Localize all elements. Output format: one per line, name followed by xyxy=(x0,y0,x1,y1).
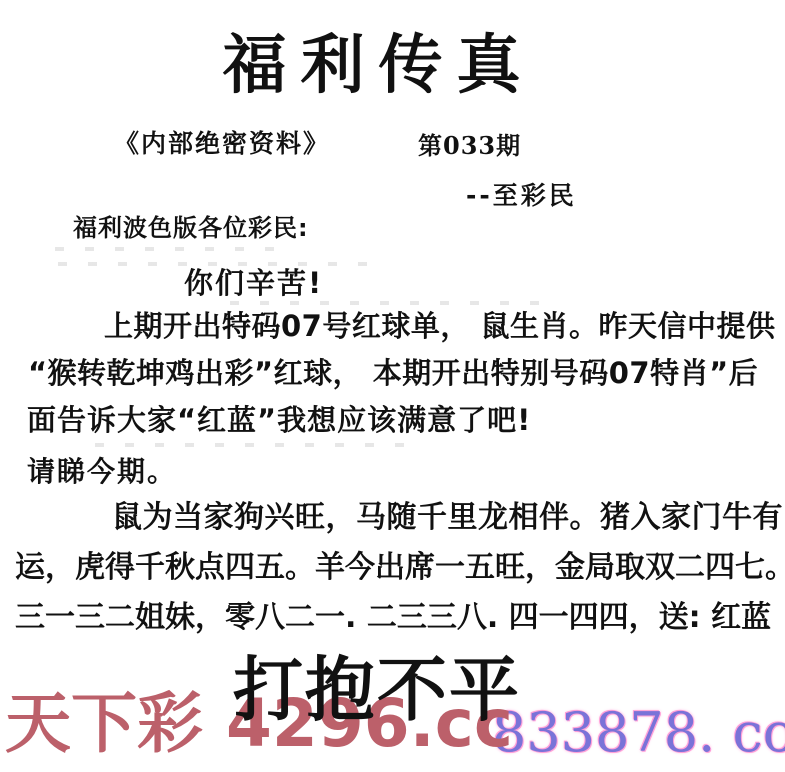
issue-number: 第033期 xyxy=(418,132,521,160)
opening-line: 你们辛苦! xyxy=(184,267,323,300)
page-title: 福利传真 xyxy=(223,30,535,104)
body-line: 三一三二姐妹，零八二一. 二三三八. 四一四四，送: 红蓝 xyxy=(15,601,771,636)
salutation-line: 福利波色版各位彩民: xyxy=(73,215,309,243)
fax-page: 福利传真 《内部绝密资料》 第033期 --至彩民 福利波色版各位彩民: 你们辛… xyxy=(0,0,785,772)
scan-artifact xyxy=(55,247,290,251)
body-line: 鼠为当家狗兴旺，马随千里龙相伴。猪入家门牛有 xyxy=(112,501,783,536)
scan-artifact xyxy=(95,443,425,447)
source-label: 《内部绝密资料》 xyxy=(114,130,330,159)
body-line: 请睇今期。 xyxy=(27,456,177,488)
dedication-line: --至彩民 xyxy=(466,182,577,211)
watermark-site-right: 833878. com xyxy=(492,702,785,764)
footer-slogan: 打抱不平 xyxy=(233,650,521,731)
body-line: “猴转乾坤鸡出彩”红球， 本期开出特别号码07特肖”后 xyxy=(28,357,758,390)
body-line: 面告诉大家“红蓝”我想应该满意了吧! xyxy=(27,404,531,437)
body-line: 上期开出特码07号红球单， 鼠生肖。昨天信中提供 xyxy=(104,310,775,343)
body-line: 运，虎得千秋点四五。羊今出席一五旺，金局取双二四七。 xyxy=(15,551,785,586)
scan-artifact xyxy=(230,301,540,305)
